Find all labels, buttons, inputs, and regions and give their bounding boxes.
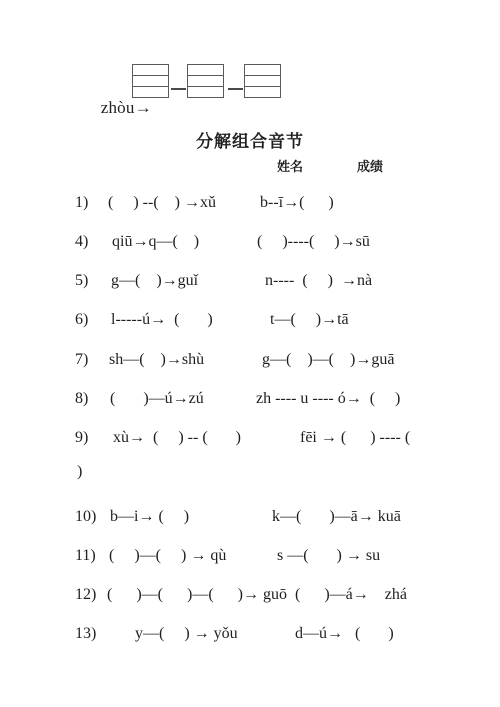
- exercise-number: 13): [75, 624, 96, 644]
- exercise-left: ( ) --( ) →xǔ: [108, 193, 216, 213]
- exercise-number: 9): [75, 428, 88, 448]
- answer-box-cell: [188, 76, 223, 87]
- answer-box-cell: [245, 87, 280, 97]
- page-title: 分解组合音节: [0, 127, 500, 152]
- exercise-number: 4): [75, 232, 88, 252]
- exercise-number: 11): [75, 546, 96, 566]
- answer-box-cell: [188, 65, 223, 76]
- exercise-left: g—( )→guǐ: [111, 271, 198, 291]
- answer-box-cell: [245, 76, 280, 87]
- wrap-close-paren: ): [77, 462, 82, 482]
- exercise-number: 10): [75, 507, 96, 527]
- exercise-left: ( )—ú→zú: [110, 389, 204, 409]
- exercise-right: ( )----( )→sū: [257, 232, 370, 252]
- exercise-left: l-----ú→ ( ): [111, 310, 213, 330]
- box-connector-dash: [171, 88, 186, 90]
- exercise-right: b--ī→( ): [260, 193, 334, 213]
- exercise-right: n---- ( ) →nà: [265, 271, 372, 291]
- answer-box-2: [187, 64, 224, 98]
- exercise-number: 1): [75, 193, 88, 213]
- arrow-glyph: →: [135, 98, 152, 117]
- exercise-right: k—( )—ā→ kuā: [272, 507, 401, 527]
- exercise-right: g—( )—( )→guā: [262, 350, 394, 370]
- exercise-number: 5): [75, 271, 88, 291]
- answer-box-3: [244, 64, 281, 98]
- answer-box-1: [132, 64, 169, 98]
- answer-box-cell: [133, 87, 168, 97]
- exercise-left: sh—( )→shù: [109, 350, 204, 370]
- exercise-right: d—ú→ ( ): [295, 624, 394, 644]
- exercise-left: qiū→q—( ): [112, 232, 199, 252]
- answer-box-cell: [245, 65, 280, 76]
- exercise-number: 12): [75, 585, 96, 605]
- exercise-right: fēi → ( ) ---- (: [300, 428, 410, 448]
- exercise-left: xù→ ( ) -- ( ): [113, 428, 241, 448]
- answer-box-cell: [133, 76, 168, 87]
- exercise-right: t—( )→tā: [270, 310, 349, 330]
- exercise-right: zh ---- u ---- ó→ ( ): [256, 389, 400, 409]
- exercise-number: 8): [75, 389, 88, 409]
- exercise-right: s —( ) → su: [277, 546, 380, 566]
- name-label: 姓名: [277, 156, 303, 175]
- syllable-label: zhòu: [101, 98, 135, 117]
- score-label: 成绩: [357, 156, 383, 175]
- answer-box-cell: [188, 87, 223, 97]
- exercise-left: ( )—( )—( )→ guō: [107, 585, 287, 605]
- exercise-left: b—i→ ( ): [110, 507, 189, 527]
- worksheet-page: zhòu→ 分解组合音节 姓名 成绩 1) ( ) --( ) →xǔ b--ī…: [0, 0, 500, 707]
- answer-box-cell: [133, 65, 168, 76]
- exercise-left: ( )—( ) → qù: [109, 546, 226, 566]
- exercise-number: 7): [75, 350, 88, 370]
- exercise-number: 6): [75, 310, 88, 330]
- exercise-right: ( )—á→ zhá: [295, 585, 407, 605]
- box-connector-dash: [228, 88, 243, 90]
- exercise-left: y—( ) → yǒu: [135, 624, 238, 644]
